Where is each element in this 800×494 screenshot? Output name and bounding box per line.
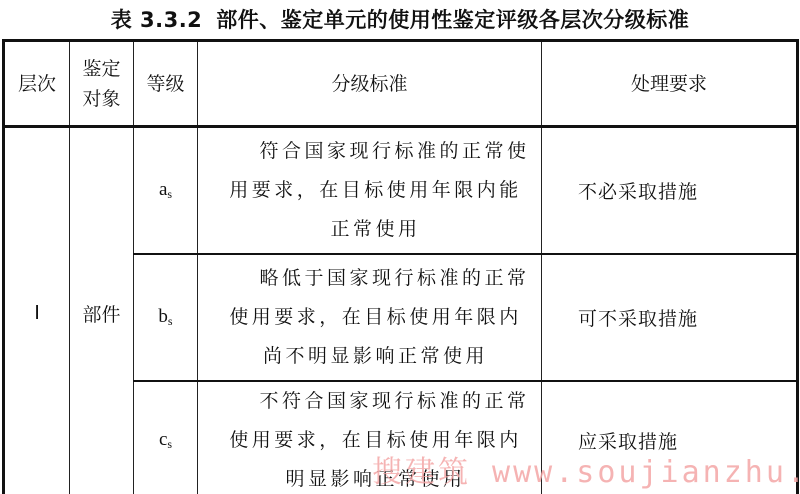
standard-text: 符合国家现行标准的正常使用要求，在目标使用年限内能正常使用 — [229, 140, 529, 240]
standard-cell: 略低于国家现行标准的正常使用要求，在目标使用年限内尚不明显影响正常使用 — [198, 254, 542, 381]
grade-letter: b — [158, 306, 168, 327]
header-object-line1: 鉴定 — [70, 54, 133, 84]
header-object: 鉴定 对象 — [70, 41, 134, 127]
level-cell: Ⅰ — [4, 127, 70, 494]
header-grade: 等级 — [134, 41, 198, 127]
grade-cell: as — [134, 127, 198, 255]
grade-cell: bs — [134, 254, 198, 381]
table-header-row: 层次 鉴定 对象 等级 分级标准 处理要求 — [4, 41, 798, 127]
grade-subscript: s — [167, 187, 172, 201]
grade-subscript: s — [168, 314, 173, 328]
grade-cell: cs — [134, 381, 198, 494]
header-level: 层次 — [4, 41, 70, 127]
header-object-line2: 对象 — [70, 84, 133, 114]
action-cell: 不必采取措施 — [542, 127, 798, 255]
standard-cell: 不符合国家现行标准的正常使用要求，在目标使用年限内明显影响正常使用 — [198, 381, 542, 494]
table-title-text: 部件、鉴定单元的使用性鉴定评级各层次分级标准 — [216, 8, 689, 32]
grade-subscript: s — [167, 437, 172, 451]
header-standard: 分级标准 — [198, 41, 542, 127]
standard-text: 不符合国家现行标准的正常使用要求，在目标使用年限内明显影响正常使用 — [229, 390, 529, 490]
header-action: 处理要求 — [542, 41, 798, 127]
action-cell: 可不采取措施 — [542, 254, 798, 381]
table-number: 表 3.3.2 — [111, 8, 203, 32]
standard-cell: 符合国家现行标准的正常使用要求，在目标使用年限内能正常使用 — [198, 127, 542, 255]
document-page: 表 3.3.2部件、鉴定单元的使用性鉴定评级各层次分级标准 层次 鉴定 对象 等… — [0, 0, 800, 494]
standard-text: 略低于国家现行标准的正常使用要求，在目标使用年限内尚不明显影响正常使用 — [229, 267, 529, 367]
action-cell: 应采取措施 — [542, 381, 798, 494]
object-cell: 部件 — [70, 127, 134, 494]
table-row: Ⅰ 部件 as 符合国家现行标准的正常使用要求，在目标使用年限内能正常使用 不必… — [4, 127, 798, 255]
grading-standard-table: 层次 鉴定 对象 等级 分级标准 处理要求 Ⅰ 部件 as 符合国家现行标准的正… — [2, 39, 799, 494]
table-title: 表 3.3.2部件、鉴定单元的使用性鉴定评级各层次分级标准 — [0, 4, 800, 34]
